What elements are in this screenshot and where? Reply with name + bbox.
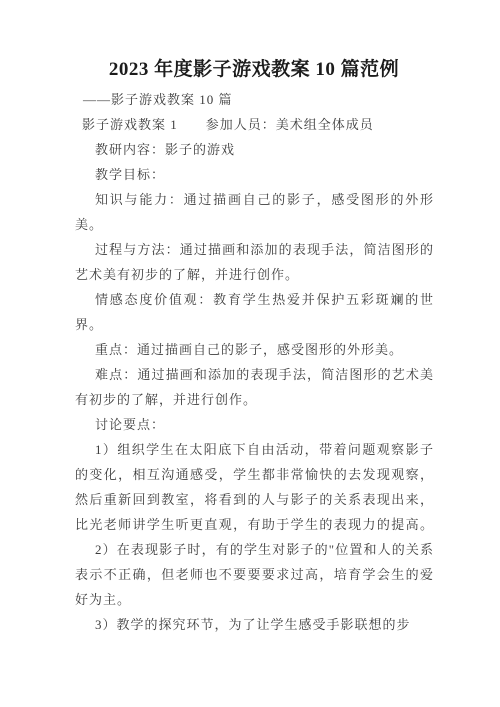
text-line: 重点：通过描画自己的影子，感受图形的外形美。 [75, 337, 433, 362]
text-line: 讨论要点： [75, 412, 433, 437]
document-page: 2023 年度影子游戏教案 10 篇范例 ——影子游戏教案 10 篇 影子游戏教… [0, 0, 500, 707]
text-line: 然后重新回到教室，将看到的人与影子的关系表现出来， [75, 487, 433, 512]
text-line: 情感态度价值观：教育学生热爱并保护五彩斑斓的世 [75, 287, 433, 312]
text-line: 美。 [75, 212, 433, 237]
text-line: 界。 [75, 312, 433, 337]
text-line: 2）在表现影子时，有的学生对影子的"位置和人的关系 [75, 537, 433, 562]
text-line: 教学目标： [75, 162, 433, 187]
text-line: 过程与方法：通过描画和添加的表现手法，简洁图形的 [75, 237, 433, 262]
document-content: 2023 年度影子游戏教案 10 篇范例 ——影子游戏教案 10 篇 影子游戏教… [75, 56, 433, 637]
text-line: 难点：通过描画和添加的表现手法，简洁图形的艺术美 [75, 362, 433, 387]
text-line: 影子游戏教案 1 参加人员：美术组全体成员 [75, 112, 433, 137]
text-line: 好为主。 [75, 587, 433, 612]
text-line: 有初步的了解，并进行创作。 [75, 387, 433, 412]
text-line: 的变化，相互沟通感受，学生都非常愉快的去发现观察， [75, 462, 433, 487]
text-line: 教研内容：影子的游戏 [75, 137, 433, 162]
document-body: 影子游戏教案 1 参加人员：美术组全体成员 教研内容：影子的游戏 教学目标： 知… [75, 112, 433, 637]
text-line: 3）教学的探究环节，为了让学生感受手影联想的步 [75, 612, 433, 637]
text-line: 比光老师讲学生听更直观，有助于学生的表现力的提高。 [75, 512, 433, 537]
document-title: 2023 年度影子游戏教案 10 篇范例 [75, 56, 433, 84]
text-line: 知识与能力：通过描画自己的影子，感受图形的外形 [75, 187, 433, 212]
text-line: 表示不正确，但老师也不要要要求过高，培育学会生的爱 [75, 562, 433, 587]
document-subtitle: ——影子游戏教案 10 篇 [75, 88, 433, 112]
text-line: 1）组织学生在太阳底下自由活动，带着问题观察影子 [75, 437, 433, 462]
text-line: 艺术美有初步的了解，并进行创作。 [75, 262, 433, 287]
